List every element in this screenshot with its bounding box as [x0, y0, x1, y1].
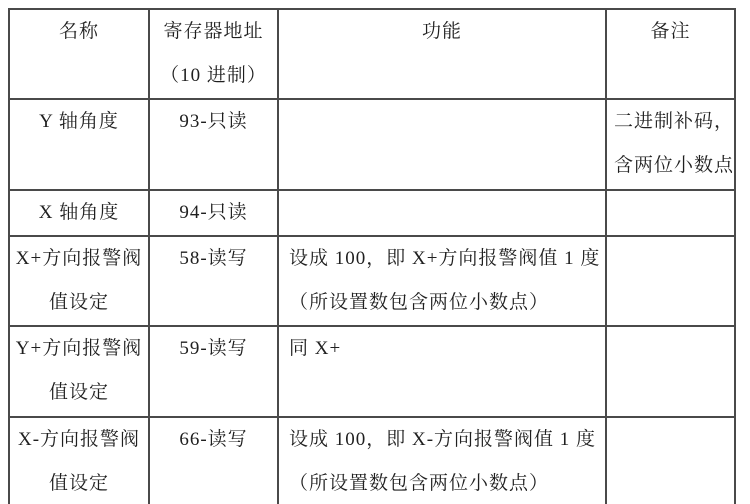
cell-function: 同 X+	[278, 326, 606, 417]
cell-function-line2: （所设置数包含两位小数点）	[279, 462, 605, 504]
cell-name: X-方向报警阀 值设定	[9, 417, 149, 504]
header-register-line2: （10 进制）	[150, 54, 277, 98]
header-row: 名称 寄存器地址 （10 进制） 功能 备注	[9, 9, 735, 99]
cell-remark	[606, 190, 735, 236]
cell-remark	[606, 236, 735, 326]
header-remark: 备注	[606, 9, 735, 99]
header-name-label: 名称	[10, 10, 148, 54]
document-page: 名称 寄存器地址 （10 进制） 功能 备注 Y 轴角度 93-只读 二进	[0, 0, 750, 504]
cell-name: Y+方向报警阀 值设定	[9, 326, 149, 417]
cell-name-text: X 轴角度	[10, 191, 148, 235]
cell-remark-line2: 含两位小数点	[607, 144, 734, 188]
cell-name-text: Y 轴角度	[10, 100, 148, 144]
cell-function-line1: 同 X+	[279, 327, 605, 371]
cell-function	[278, 99, 606, 190]
cell-name-line1: X+方向报警阀	[10, 237, 148, 281]
cell-function	[278, 190, 606, 236]
cell-remark: 二进制补码， 含两位小数点	[606, 99, 735, 190]
cell-register: 94-只读	[149, 190, 278, 236]
cell-register: 66-读写	[149, 417, 278, 504]
cell-register-text: 66-读写	[150, 418, 277, 462]
table-row-y-angle: Y 轴角度 93-只读 二进制补码， 含两位小数点	[9, 99, 735, 190]
cell-function-line1: 设成 100，即 X-方向报警阀值 1 度	[279, 418, 605, 462]
cell-name: Y 轴角度	[9, 99, 149, 190]
cell-name-line2: 值设定	[10, 462, 148, 504]
cell-register: 58-读写	[149, 236, 278, 326]
header-function: 功能	[278, 9, 606, 99]
cell-name-line2: 值设定	[10, 371, 148, 415]
cell-register-text: 94-只读	[150, 191, 277, 235]
cell-register-text: 58-读写	[150, 237, 277, 281]
cell-function-line2: （所设置数包含两位小数点）	[279, 281, 605, 325]
table-row-x-plus-threshold: X+方向报警阀 值设定 58-读写 设成 100，即 X+方向报警阀值 1 度 …	[9, 236, 735, 326]
cell-remark	[606, 417, 735, 504]
register-table: 名称 寄存器地址 （10 进制） 功能 备注 Y 轴角度 93-只读 二进	[8, 8, 736, 504]
cell-name: X 轴角度	[9, 190, 149, 236]
cell-name-line1: Y+方向报警阀	[10, 327, 148, 371]
cell-name: X+方向报警阀 值设定	[9, 236, 149, 326]
cell-register: 59-读写	[149, 326, 278, 417]
table-row-y-plus-threshold: Y+方向报警阀 值设定 59-读写 同 X+	[9, 326, 735, 417]
cell-remark-line1: 二进制补码，	[607, 100, 734, 144]
cell-register-text: 59-读写	[150, 327, 277, 371]
header-register: 寄存器地址 （10 进制）	[149, 9, 278, 99]
header-function-label: 功能	[279, 10, 605, 54]
cell-name-line1: X-方向报警阀	[10, 418, 148, 462]
cell-remark	[606, 326, 735, 417]
header-remark-label: 备注	[607, 10, 734, 54]
cell-function: 设成 100，即 X+方向报警阀值 1 度 （所设置数包含两位小数点）	[278, 236, 606, 326]
cell-register-text: 93-只读	[150, 100, 277, 144]
table-row-x-angle: X 轴角度 94-只读	[9, 190, 735, 236]
cell-function-line1: 设成 100，即 X+方向报警阀值 1 度	[279, 237, 605, 281]
header-name: 名称	[9, 9, 149, 99]
cell-name-line2: 值设定	[10, 281, 148, 325]
header-register-line1: 寄存器地址	[150, 10, 277, 54]
table-row-x-minus-threshold: X-方向报警阀 值设定 66-读写 设成 100，即 X-方向报警阀值 1 度 …	[9, 417, 735, 504]
cell-function: 设成 100，即 X-方向报警阀值 1 度 （所设置数包含两位小数点）	[278, 417, 606, 504]
cell-register: 93-只读	[149, 99, 278, 190]
